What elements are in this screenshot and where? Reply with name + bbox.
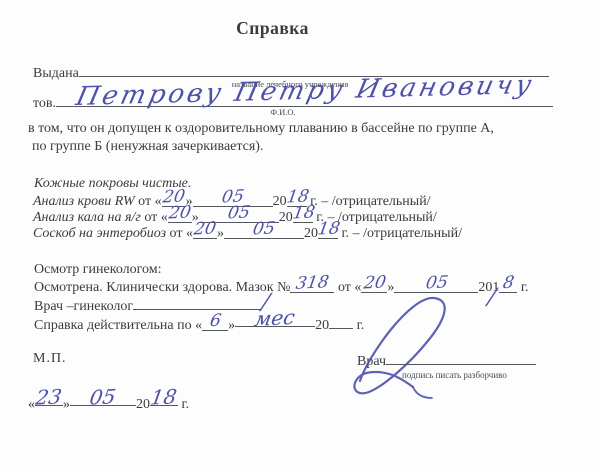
month-handwriting: 05 xyxy=(226,204,251,222)
test-row-enterobiasis: Соскоб на энтеробиоз от «20»052018 г. – … xyxy=(33,224,462,242)
test-label: Анализ крови RW xyxy=(33,194,135,209)
validity-value-handwriting: 6 xyxy=(208,313,222,331)
date-year-blank: 18 xyxy=(150,391,178,406)
month-handwriting: 05 xyxy=(252,220,277,238)
from-word: от xyxy=(144,210,157,225)
test-label: Анализ кала на я/г xyxy=(33,210,141,225)
date-month-blank: 05 xyxy=(70,391,136,406)
year-prefix: 20 xyxy=(136,397,150,412)
issued-label: Выдана xyxy=(33,66,79,81)
body-line-1: в том, что он допущен к оздоровительному… xyxy=(28,121,494,137)
date-year-handwriting: 18 xyxy=(150,386,179,407)
gyn-doctor-blank xyxy=(133,295,261,310)
year-blank: 8 xyxy=(499,278,517,293)
smear-number-blank: 318 xyxy=(290,278,334,293)
year-word: г. xyxy=(521,280,529,295)
day-blank: 20 xyxy=(193,224,217,239)
test-label: Соскоб на энтеробиоз xyxy=(33,226,166,241)
certificate-scan: Справка Выдана название лечебного учрежд… xyxy=(0,0,600,470)
close-quote: » xyxy=(228,318,235,333)
date-day-blank: 23 xyxy=(35,391,63,406)
year-handwriting: 8 xyxy=(502,275,516,293)
day-handwriting: 20 xyxy=(167,204,192,222)
smear-number-handwriting: 318 xyxy=(295,274,330,293)
result-text: г. – /отрицательный/ xyxy=(310,194,430,209)
date-day-handwriting: 23 xyxy=(35,386,64,407)
year-handwriting: 18 xyxy=(291,204,316,222)
day-blank: 20 xyxy=(168,208,192,223)
from-word: от xyxy=(170,226,183,241)
doctor-signature-flourish xyxy=(338,286,498,404)
year-blank: 18 xyxy=(293,208,313,223)
validity-value-blank: 6 xyxy=(202,316,228,331)
person-hint: Ф.И.О. xyxy=(233,107,333,117)
body-line-2: по группе Б (ненужная зачеркивается). xyxy=(32,139,263,155)
date-month-handwriting: 05 xyxy=(89,386,118,407)
page-title: Справка xyxy=(0,18,600,39)
from-word: от xyxy=(138,194,151,209)
open-quote: « xyxy=(195,318,202,333)
validity-label: Справка действительна по xyxy=(34,318,192,333)
stamp-place: М.П. xyxy=(33,351,67,367)
validity-unit-blank: мес xyxy=(235,312,315,327)
close-quote: » xyxy=(217,226,224,241)
year-word: г. xyxy=(182,397,190,412)
gyn-exam-text: Осмотрена. Клинически здорова. Мазок № xyxy=(34,280,290,295)
person-label: тов. xyxy=(33,96,56,111)
result-text: г. – /отрицательный/ xyxy=(341,226,461,241)
day-handwriting: 20 xyxy=(193,220,218,238)
issue-date-row: «23»052018 г. xyxy=(28,391,189,413)
close-quote: » xyxy=(63,397,70,412)
validity-row: Справка действительна по «6»мес20 г. xyxy=(34,312,364,334)
year-prefix: 20 xyxy=(315,318,329,333)
month-blank: 05 xyxy=(224,224,304,239)
gyn-header: Осмотр гинекологом: xyxy=(34,262,162,278)
year-blank: 18 xyxy=(318,224,338,239)
year-handwriting: 18 xyxy=(317,220,342,238)
